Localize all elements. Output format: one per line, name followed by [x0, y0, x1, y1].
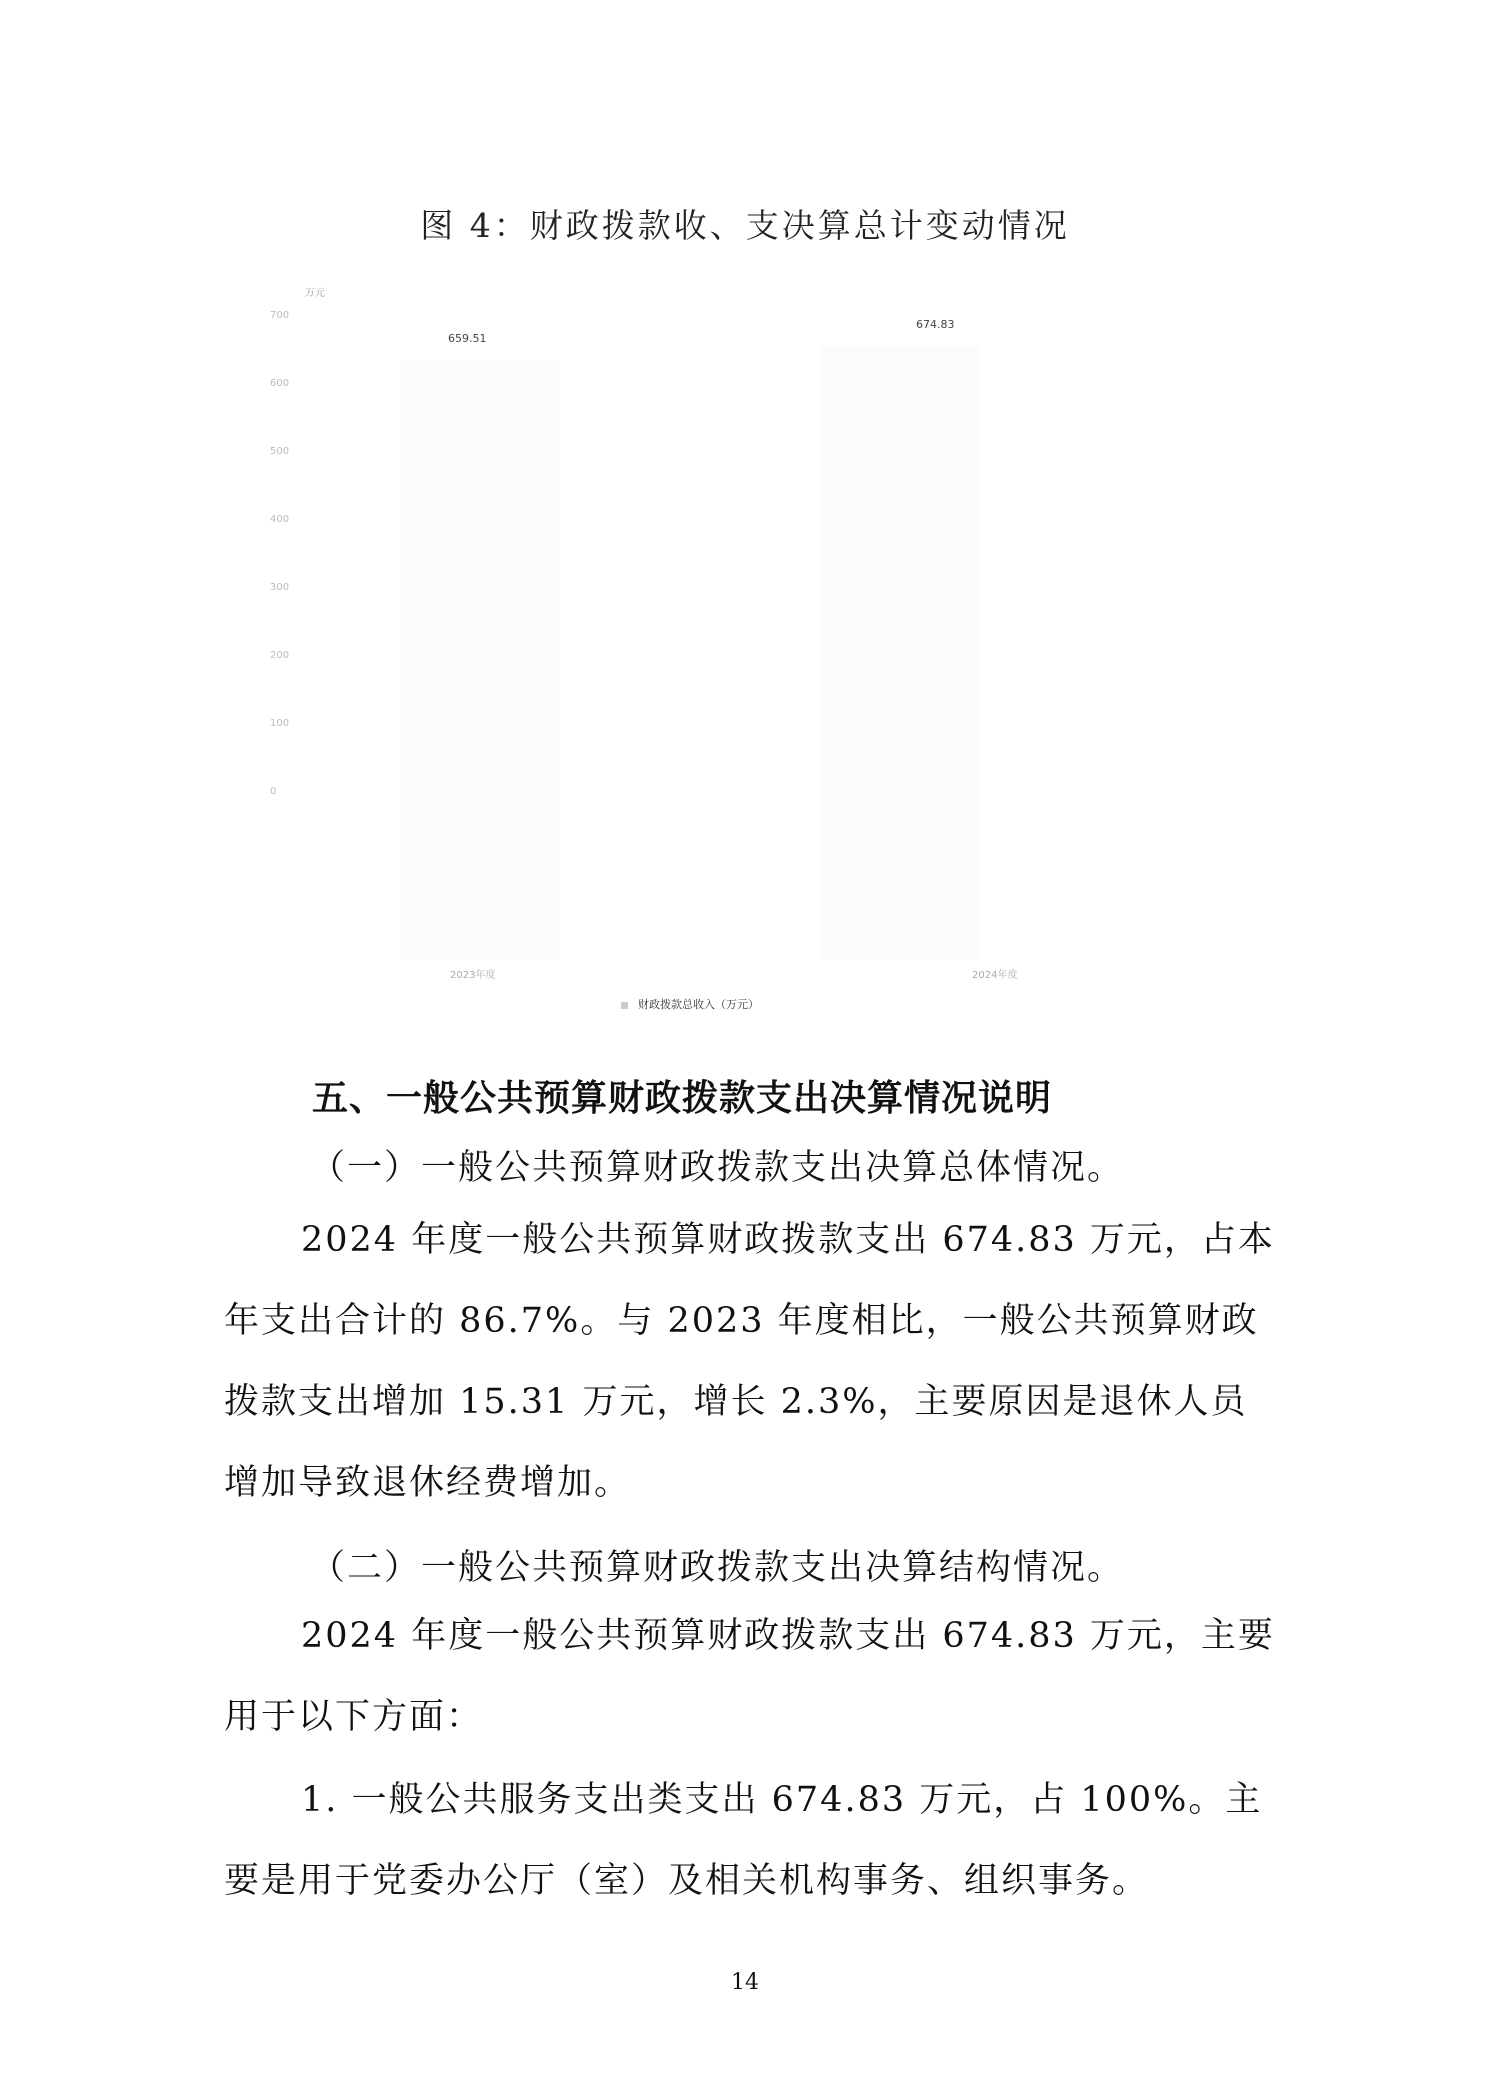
bar-2024 — [820, 346, 980, 960]
y-tick: 700 — [270, 310, 289, 321]
bar-2023 — [400, 360, 560, 960]
y-tick: 600 — [270, 378, 289, 389]
legend-swatch-icon — [621, 1002, 628, 1009]
list-item-1: 1. 一般公共服务支出类支出 674.83 万元，占 100%。主要是用于党委办… — [224, 1760, 1284, 1922]
bar-label-2023: 659.51 — [448, 332, 487, 345]
y-tick: 100 — [270, 718, 289, 729]
section-heading: 五、一般公共预算财政拨款支出决算情况说明 — [312, 1070, 1052, 1121]
y-tick: 400 — [270, 514, 289, 525]
x-label-2023: 2023年度 — [450, 966, 495, 981]
chart-legend: 财政拨款总收入（万元） — [250, 996, 1130, 1012]
paragraph-overview: 2024 年度一般公共预算财政拨款支出 674.83 万元，占本年支出合计的 8… — [224, 1200, 1284, 1524]
subsection-2-title: （二）一般公共预算财政拨款支出决算结构情况。 — [310, 1540, 1124, 1590]
x-label-2024: 2024年度 — [972, 966, 1017, 981]
paragraph-structure: 2024 年度一般公共预算财政拨款支出 674.83 万元，主要用于以下方面： — [224, 1596, 1284, 1758]
legend-label: 财政拨款总收入（万元） — [638, 998, 759, 1011]
y-tick: 300 — [270, 582, 289, 593]
bar-chart: 万元 700 600 500 400 300 200 100 0 659.51 … — [250, 280, 1130, 1020]
y-tick: 0 — [270, 786, 276, 797]
y-axis-unit: 万元 — [305, 284, 325, 299]
subsection-1-title: （一）一般公共预算财政拨款支出决算总体情况。 — [310, 1140, 1124, 1190]
y-tick: 200 — [270, 650, 289, 661]
figure-title: 图 4：财政拨款收、支决算总计变动情况 — [0, 200, 1490, 247]
bar-label-2024: 674.83 — [916, 318, 955, 331]
y-tick: 500 — [270, 446, 289, 457]
page-number: 14 — [0, 1970, 1490, 1995]
